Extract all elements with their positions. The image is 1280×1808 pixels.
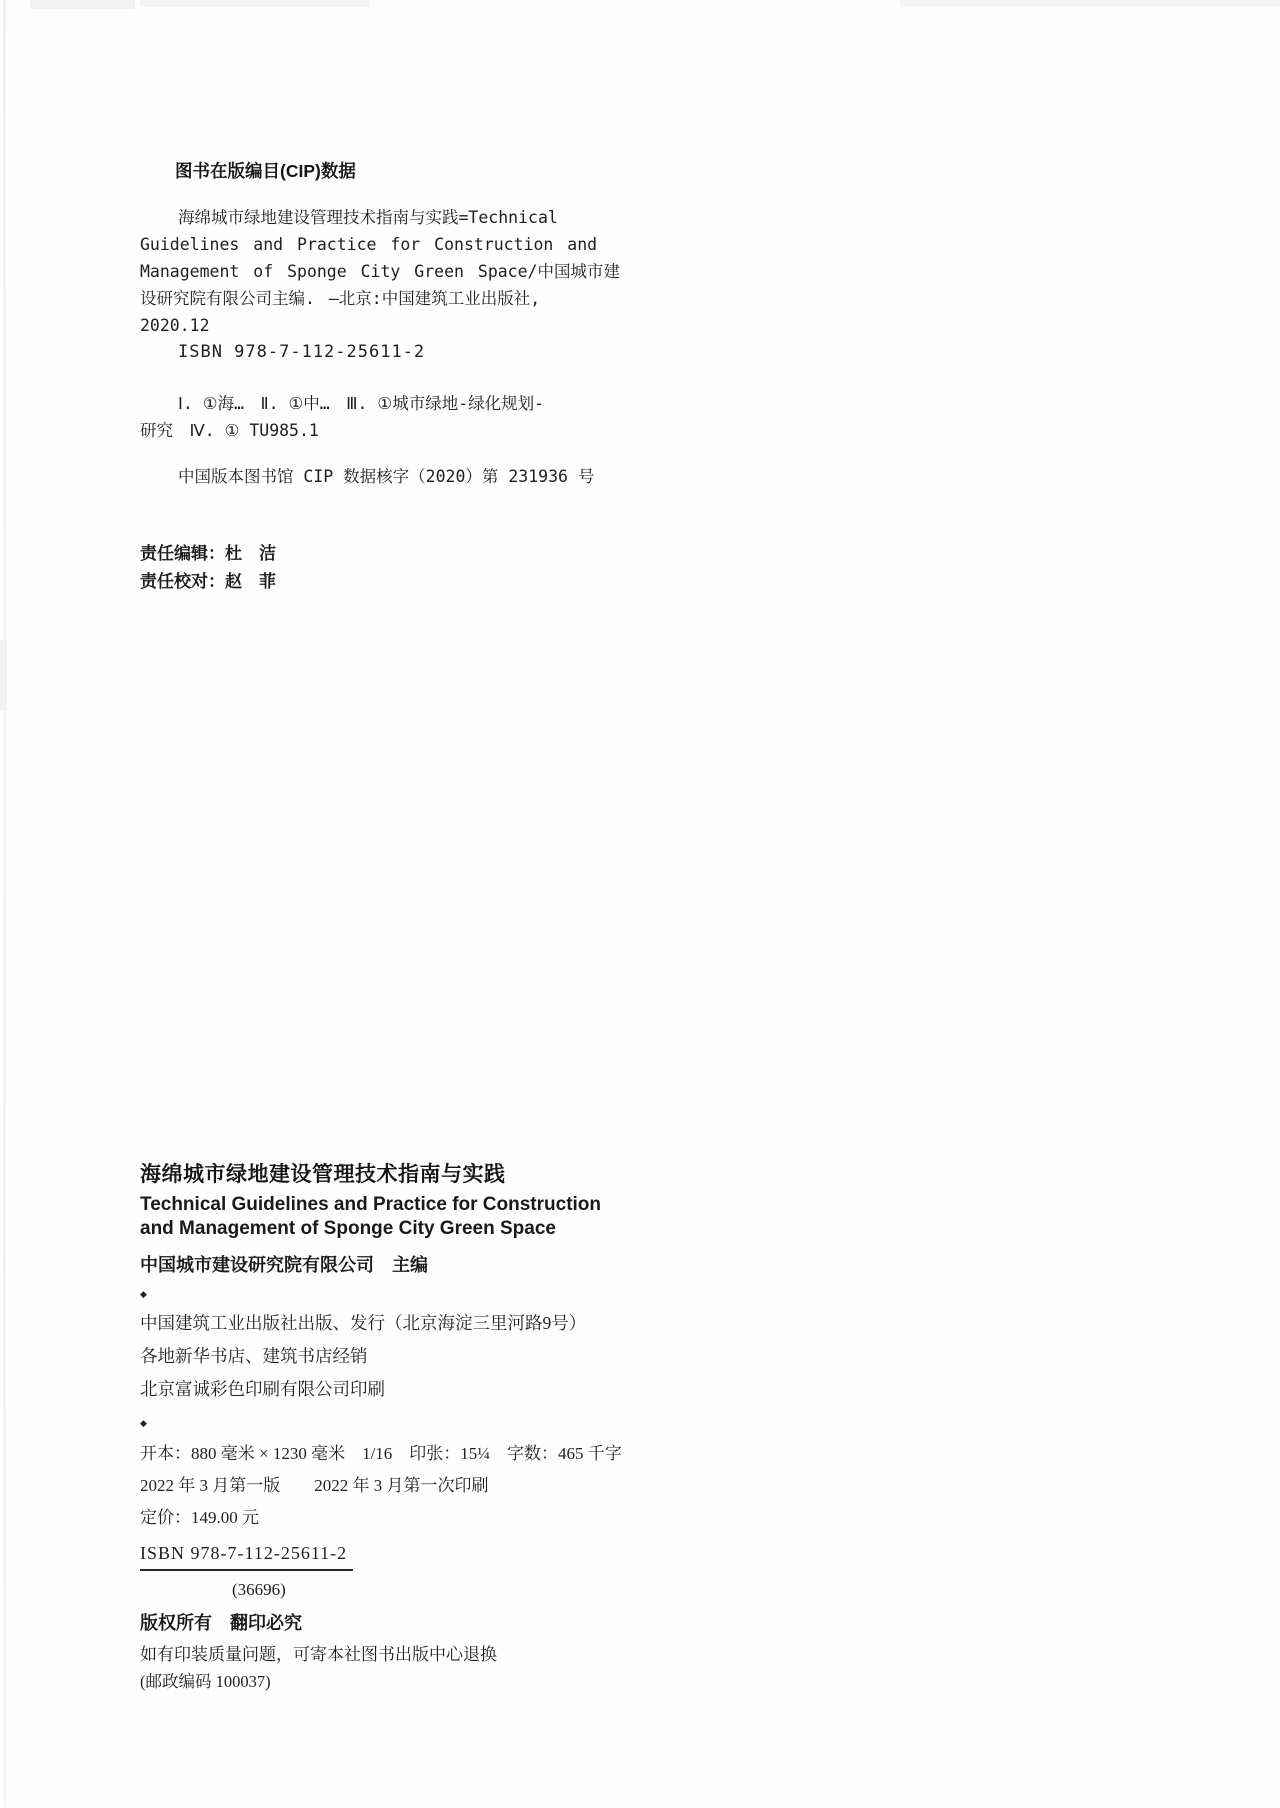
diamond-separator-icon: ◆ (140, 1415, 740, 1431)
postcode-line: (邮政编码 100037) (140, 1668, 740, 1695)
cip-description-line: 设研究院有限公司主编. —北京:中国建筑工业出版社, (140, 285, 680, 312)
format-line: 开本：880 毫米 × 1230 毫米 1/16 印张：15¼ 字数：465 千… (140, 1438, 740, 1470)
book-title-chinese: 海绵城市绿地建设管理技术指南与实践 (140, 1160, 740, 1190)
cip-description-line: Guidelines and Practice for Construction… (140, 231, 680, 258)
book-copyright-page: 图书在版编目(CIP)数据 海绵城市绿地建设管理技术指南与实践=Technica… (0, 0, 1280, 1808)
edition-line: 2022 年 3 月第一版 2022 年 3 月第一次印刷 (140, 1470, 740, 1502)
cip-record-number: 中国版本图书馆 CIP 数据核字（2020）第 231936 号 (140, 463, 680, 490)
scan-artifact (140, 0, 370, 7)
print-specs: 开本：880 毫米 × 1230 毫米 1/16 印张：15¼ 字数：465 千… (140, 1438, 740, 1534)
cip-description-line: Management of Sponge City Green Space/中国… (140, 258, 680, 285)
price-line: 定价：149.00 元 (140, 1502, 740, 1534)
cip-classification-line: 研究 Ⅳ. ① TU985.1 (140, 417, 680, 444)
responsible-editor: 责任编辑：杜 洁 (140, 540, 680, 568)
scan-artifact (30, 0, 135, 9)
publisher-line: 中国建筑工业出版社出版、发行（北京海淀三里河路9号） (140, 1307, 740, 1340)
printer-line: 北京富诚彩色印刷有限公司印刷 (140, 1373, 740, 1406)
colophon-isbn: ISBN 978-7-112-25611-2 (140, 1541, 353, 1571)
book-title-english-line: Technical Guidelines and Practice for Co… (140, 1193, 740, 1217)
responsible-proofreader: 责任校对：赵 菲 (140, 568, 680, 596)
book-title-english-line: and Management of Sponge City Green Spac… (140, 1217, 740, 1241)
scan-edge-line (3, 0, 6, 1808)
scan-artifact (900, 0, 1280, 7)
cip-classification-line: Ⅰ. ①海… Ⅱ. ①中… Ⅲ. ①城市绿地-绿化规划- (140, 390, 680, 417)
cip-data-block: 图书在版编目(CIP)数据 海绵城市绿地建设管理技术指南与实践=Technica… (140, 158, 680, 596)
cip-heading: 图书在版编目(CIP)数据 (175, 158, 680, 184)
distribution-line: 各地新华书店、建筑书店经销 (140, 1340, 740, 1373)
publishing-info: 中国建筑工业出版社出版、发行（北京海淀三里河路9号） 各地新华书店、建筑书店经销… (140, 1307, 740, 1406)
colophon-block: 海绵城市绿地建设管理技术指南与实践 Technical Guidelines a… (140, 1160, 740, 1695)
author-line: 中国城市建设研究院有限公司 主编 (140, 1253, 740, 1277)
cip-description: 海绵城市绿地建设管理技术指南与实践=Technical Guidelines a… (140, 204, 680, 339)
scan-artifact (0, 640, 7, 710)
book-title-english: Technical Guidelines and Practice for Co… (140, 1193, 740, 1240)
cip-description-line: 海绵城市绿地建设管理技术指南与实践=Technical (140, 204, 680, 231)
cip-isbn: ISBN 978-7-112-25611-2 (140, 339, 680, 366)
staff-credits: 责任编辑：杜 洁 责任校对：赵 菲 (140, 540, 680, 596)
diamond-separator-icon: ◆ (140, 1286, 740, 1302)
cip-description-line: 2020.12 (140, 312, 680, 339)
copyright-notice: 版权所有 翻印必究 (140, 1610, 740, 1637)
quality-return-notice: 如有印装质量问题，可寄本社图书出版中心退换 (140, 1641, 740, 1668)
cip-classification: Ⅰ. ①海… Ⅱ. ①中… Ⅲ. ①城市绿地-绿化规划- 研究 Ⅳ. ① TU9… (140, 390, 680, 444)
isbn-book-number: (36696) (232, 1578, 740, 1602)
